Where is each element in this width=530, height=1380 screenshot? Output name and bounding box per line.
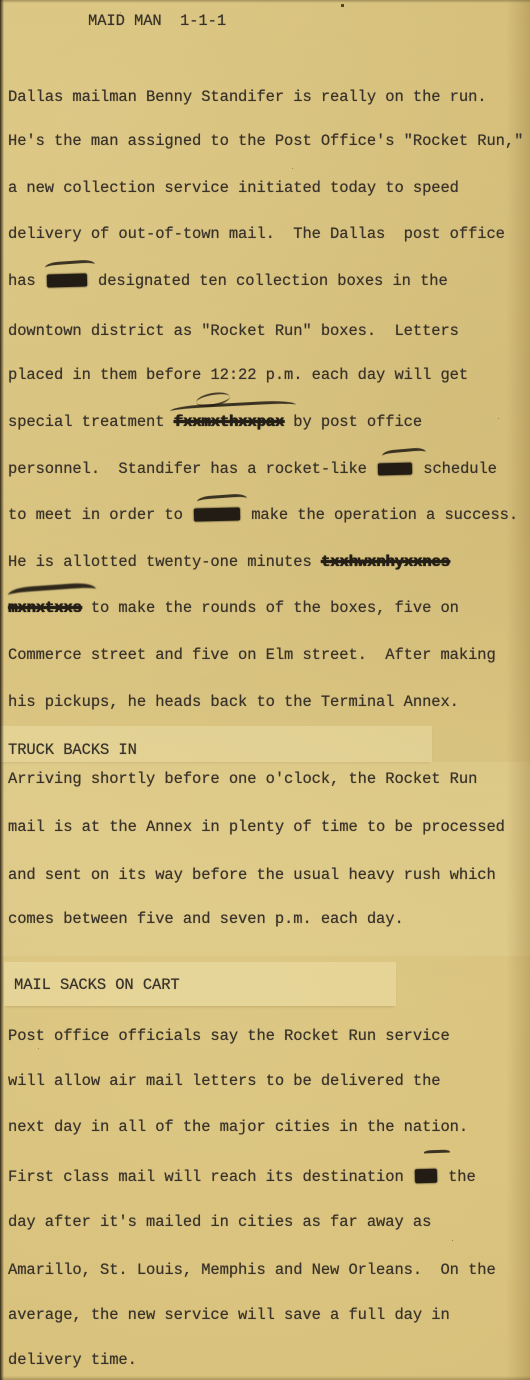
pen-stroke bbox=[45, 259, 96, 272]
section-header-mail-sacks-on-cart: MAIL SACKS ON CART bbox=[14, 976, 180, 995]
document-line: Post office officials say the Rocket Run… bbox=[8, 1027, 450, 1046]
struck-out-text: txxhwxnhyxxnes bbox=[321, 553, 450, 571]
text-run: will allow air mail letters to be delive… bbox=[8, 1072, 440, 1090]
text-run: by post office bbox=[284, 413, 422, 431]
section-header-truck-backs-in: TRUCK BACKS IN bbox=[8, 741, 137, 760]
document-line: mxnxtxxs to make the rounds of the boxes… bbox=[8, 599, 459, 618]
text-run: personnel. Standifer has a rocket-like bbox=[8, 460, 376, 478]
text-run: his pickups, he heads back to the Termin… bbox=[8, 693, 459, 711]
document-line: First class mail will reach its destinat… bbox=[8, 1167, 476, 1187]
text-run: and sent on its way before the usual hea… bbox=[8, 866, 496, 884]
document-line: He is allotted twenty-one minutes txxhwx… bbox=[8, 553, 450, 572]
text-run: has bbox=[8, 272, 45, 290]
text-run: He is allotted twenty-one minutes bbox=[8, 553, 321, 571]
text-run: downtown district as "Rocket Run" boxes.… bbox=[8, 322, 459, 340]
text-run: delivery of out-of-town mail. The Dallas… bbox=[8, 225, 505, 243]
page-edge-left bbox=[0, 0, 4, 1380]
page-edge-top bbox=[0, 0, 530, 3]
pen-stroke bbox=[197, 493, 248, 506]
redaction-mark bbox=[194, 507, 240, 521]
text-run: MAIL SACKS ON CART bbox=[14, 976, 180, 994]
document-line: will allow air mail letters to be delive… bbox=[8, 1072, 440, 1091]
pen-dash bbox=[424, 1150, 450, 1158]
document-line: placed in them before 12:22 p.m. each da… bbox=[8, 366, 468, 385]
text-run: make the operation a success. bbox=[242, 506, 518, 524]
document-line: Arriving shortly before one o'clock, the… bbox=[8, 770, 477, 789]
text-run: next day in all of the major cities in t… bbox=[8, 1118, 468, 1136]
text-run: Commerce street and five on Elm street. … bbox=[8, 646, 496, 664]
text-run: TRUCK BACKS IN bbox=[8, 741, 137, 759]
struck-out-text: fxxmxthxxpax bbox=[174, 413, 284, 431]
text-run: comes between five and seven p.m. each d… bbox=[8, 910, 404, 928]
pen-stroke bbox=[382, 447, 427, 461]
document-line: delivery of out-of-town mail. The Dallas… bbox=[8, 225, 505, 244]
document-page: MAID MAN 1-1-1Dallas mailman Benny Stand… bbox=[0, 0, 530, 1380]
page-edge-right bbox=[506, 0, 530, 1380]
document-line: downtown district as "Rocket Run" boxes.… bbox=[8, 322, 459, 341]
document-line: next day in all of the major cities in t… bbox=[8, 1118, 468, 1137]
text-run: to make the rounds of the boxes, five on bbox=[82, 599, 459, 617]
text-run: He's the man assigned to the Post Office… bbox=[8, 132, 523, 150]
page-edge-bottom bbox=[0, 1376, 530, 1380]
text-run: to meet in order to bbox=[8, 506, 192, 524]
text-run: MAID MAN 1-1-1 bbox=[88, 12, 226, 30]
paper-specks bbox=[0, 0, 1, 1]
text-run: the bbox=[439, 1168, 476, 1186]
document-line: average, the new service will save a ful… bbox=[8, 1306, 450, 1325]
text-run: designated ten collection boxes in the bbox=[89, 272, 448, 290]
text-run: delivery time. bbox=[8, 1351, 137, 1369]
document-line: comes between five and seven p.m. each d… bbox=[8, 910, 404, 929]
text-run: average, the new service will save a ful… bbox=[8, 1306, 450, 1324]
text-run: Post office officials say the Rocket Run… bbox=[8, 1027, 450, 1045]
text-run: mail is at the Annex in plenty of time t… bbox=[8, 818, 505, 836]
text-run: a new collection service initiated today… bbox=[8, 179, 459, 197]
pen-scribble bbox=[195, 390, 231, 409]
document-line: a new collection service initiated today… bbox=[8, 179, 459, 198]
document-line: has designated ten collection boxes in t… bbox=[8, 272, 448, 291]
document-line: special treatment fxxmxthxxpax by post o… bbox=[8, 413, 422, 432]
redaction-mark bbox=[47, 273, 87, 287]
document-line: his pickups, he heads back to the Termin… bbox=[8, 693, 459, 712]
document-line: Commerce street and five on Elm street. … bbox=[8, 646, 496, 665]
text-run: day after it's mailed in cities as far a… bbox=[8, 1213, 431, 1231]
document-line: day after it's mailed in cities as far a… bbox=[8, 1213, 431, 1232]
document-line: personnel. Standifer has a rocket-like s… bbox=[8, 460, 497, 479]
document-line: to meet in order to make the operation a… bbox=[8, 506, 518, 525]
document-line: mail is at the Annex in plenty of time t… bbox=[8, 818, 505, 837]
text-run: schedule bbox=[414, 460, 497, 478]
redaction-mark bbox=[378, 463, 412, 476]
text-run: placed in them before 12:22 p.m. each da… bbox=[8, 366, 468, 384]
document-line: Dallas mailman Benny Standifer is really… bbox=[8, 88, 486, 107]
text-run: Dallas mailman Benny Standifer is really… bbox=[8, 88, 486, 106]
document-line: and sent on its way before the usual hea… bbox=[8, 866, 496, 885]
document-line: Amarillo, St. Louis, Memphis and New Orl… bbox=[8, 1261, 496, 1280]
redaction-mark bbox=[415, 1169, 437, 1184]
text-run: Arriving shortly before one o'clock, the… bbox=[8, 770, 477, 788]
document-line: delivery time. bbox=[8, 1351, 137, 1370]
text-run: special treatment bbox=[8, 413, 174, 431]
document-title: MAID MAN 1-1-1 bbox=[88, 12, 226, 31]
text-run: Amarillo, St. Louis, Memphis and New Orl… bbox=[8, 1261, 496, 1279]
document-line: He's the man assigned to the Post Office… bbox=[8, 132, 523, 151]
text-run: First class mail will reach its destinat… bbox=[8, 1168, 413, 1186]
struck-out-text: mxnxtxxs bbox=[8, 599, 82, 617]
